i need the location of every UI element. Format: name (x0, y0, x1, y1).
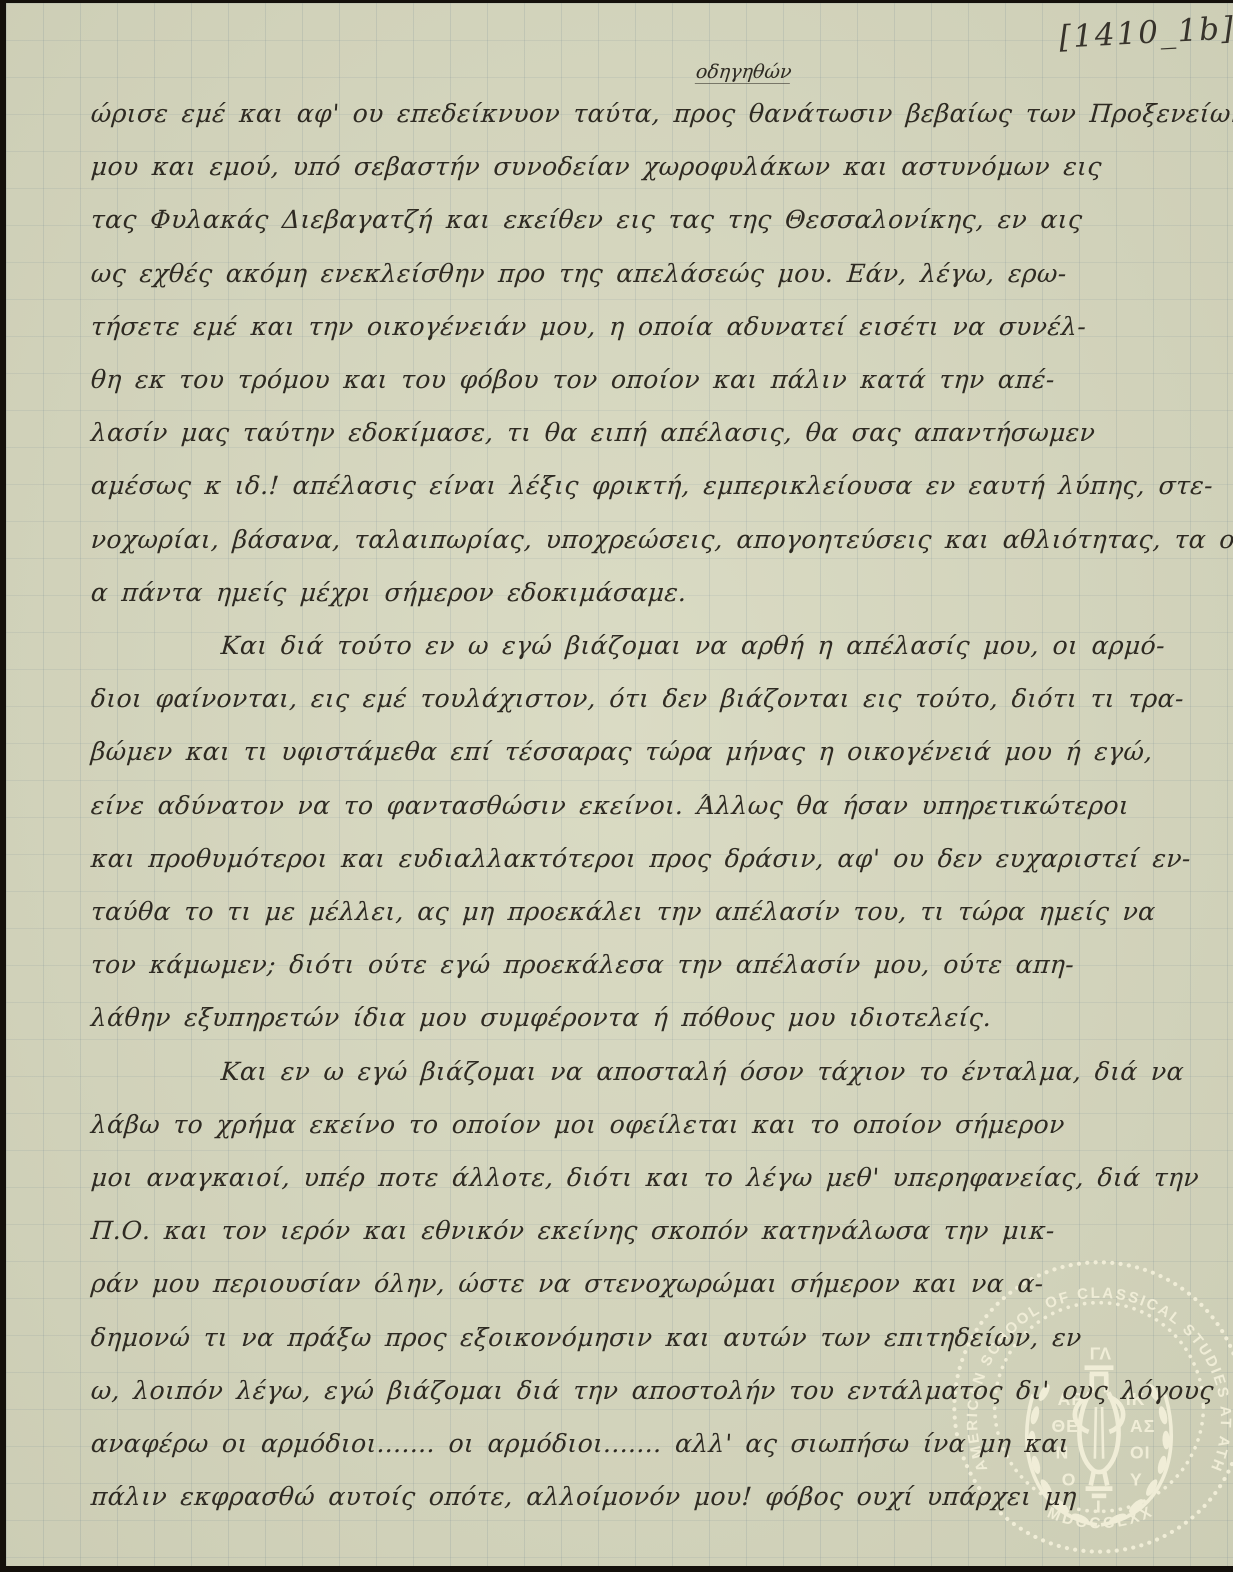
manuscript-line: αναφέρω οι αρμόδιοι....... οι αρμόδιοι..… (90, 1429, 1070, 1458)
manuscript-line: τήσετε εμέ και την οικογένειάν μου, η οπ… (90, 312, 1087, 341)
manuscript-line: θη εκ του τρόμου και του φόβου τον οποίο… (90, 365, 1056, 394)
manuscript-line: λάβω το χρήμα εκείνο το οποίον μοι οφείλ… (90, 1110, 1066, 1139)
manuscript-line: Και διά τούτο εν ω εγώ βιάζομαι να αρθή … (220, 631, 1166, 660)
svg-text:ΟΙ: ΟΙ (1130, 1443, 1151, 1463)
manuscript-line: διοι φαίνονται, εις εμέ τουλάχιστον, ότι… (90, 684, 1185, 713)
manuscript-line: α πάντα ημείς μέχρι σήμερον εδοκιμάσαμε. (90, 578, 688, 607)
manuscript-line: λασίν μας ταύτην εδοκίμασε, τι θα ειπή α… (90, 418, 1096, 447)
manuscript-line: τον κάμωμεν; διότι ούτε εγώ προεκάλεσα τ… (90, 950, 1075, 979)
manuscript-line: βώμεν και τι υφιστάμεθα επί τέσσαρας τώρ… (90, 737, 1154, 766)
manuscript-line: αμέσως κ ιδ.! απέλασις είναι λέξις φρικτ… (90, 471, 1214, 500)
manuscript-line: είνε αδύνατον να το φαντασθώσιν εκείνοι.… (90, 791, 1130, 820)
manuscript-line: τας Φυλακάς Διεβαγατζή και εκείθεν εις τ… (90, 205, 1083, 234)
svg-text:ΓΛ: ΓΛ (1090, 1343, 1112, 1363)
manuscript-line: και προθυμότεροι και ευδιαλλακτότεροι πρ… (90, 844, 1192, 873)
manuscript-line: Π.Ο. και τον ιερόν και εθνικόν εκείνης σ… (90, 1216, 1056, 1245)
manuscript-line: πάλιν εκφρασθώ αυτοίς οπότε, αλλοίμονόν … (90, 1482, 1078, 1511)
manuscript-line: ως εχθές ακόμη ενεκλείσθην προ της απελά… (90, 259, 1068, 288)
svg-text:Υ: Υ (1130, 1470, 1143, 1490)
scanned-manuscript-photo: { "page": { "archival_label": "[1410_1b]… (0, 0, 1233, 1572)
manuscript-line: ώρισε εμέ και αφ' ου επεδείκνυον ταύτα, … (90, 99, 1233, 128)
manuscript-line: ω, λοιπόν λέγω, εγώ βιάζομαι διά την απο… (90, 1376, 1215, 1405)
svg-text:ΑΣ: ΑΣ (1130, 1416, 1155, 1436)
manuscript-line: Και εν ω εγώ βιάζομαι να αποσταλή όσον τ… (220, 1057, 1185, 1086)
manuscript-page: [1410_1b] οδηγηθών ώρισε εμέ και αφ' ου … (6, 3, 1233, 1566)
manuscript-line: ράν μου περιουσίαν όλην, ώστε να στενοχω… (90, 1269, 1045, 1298)
interline-insertion-word: οδηγηθών (695, 61, 793, 84)
archival-reference-number: [1410_1b] (1058, 10, 1233, 55)
manuscript-line: μου και εμού, υπό σεβαστήν συνοδείαν χωρ… (90, 152, 1103, 181)
manuscript-line: ταύθα το τι με μέλλει, ας μη προεκάλει τ… (90, 897, 1157, 926)
manuscript-line: μοι αναγκαιοί, υπέρ ποτε άλλοτε, διότι κ… (90, 1163, 1200, 1192)
svg-text:Ι: Ι (1096, 1496, 1102, 1516)
manuscript-line: νοχωρίαι, βάσανα, ταλαιπωρίας, υποχρεώσε… (90, 525, 1233, 554)
manuscript-line: λάθην εξυπηρετών ίδια μου συμφέροντα ή π… (90, 1003, 993, 1032)
manuscript-line: δημονώ τι να πράξω προς εξοικονόμησιν κα… (90, 1323, 1083, 1352)
